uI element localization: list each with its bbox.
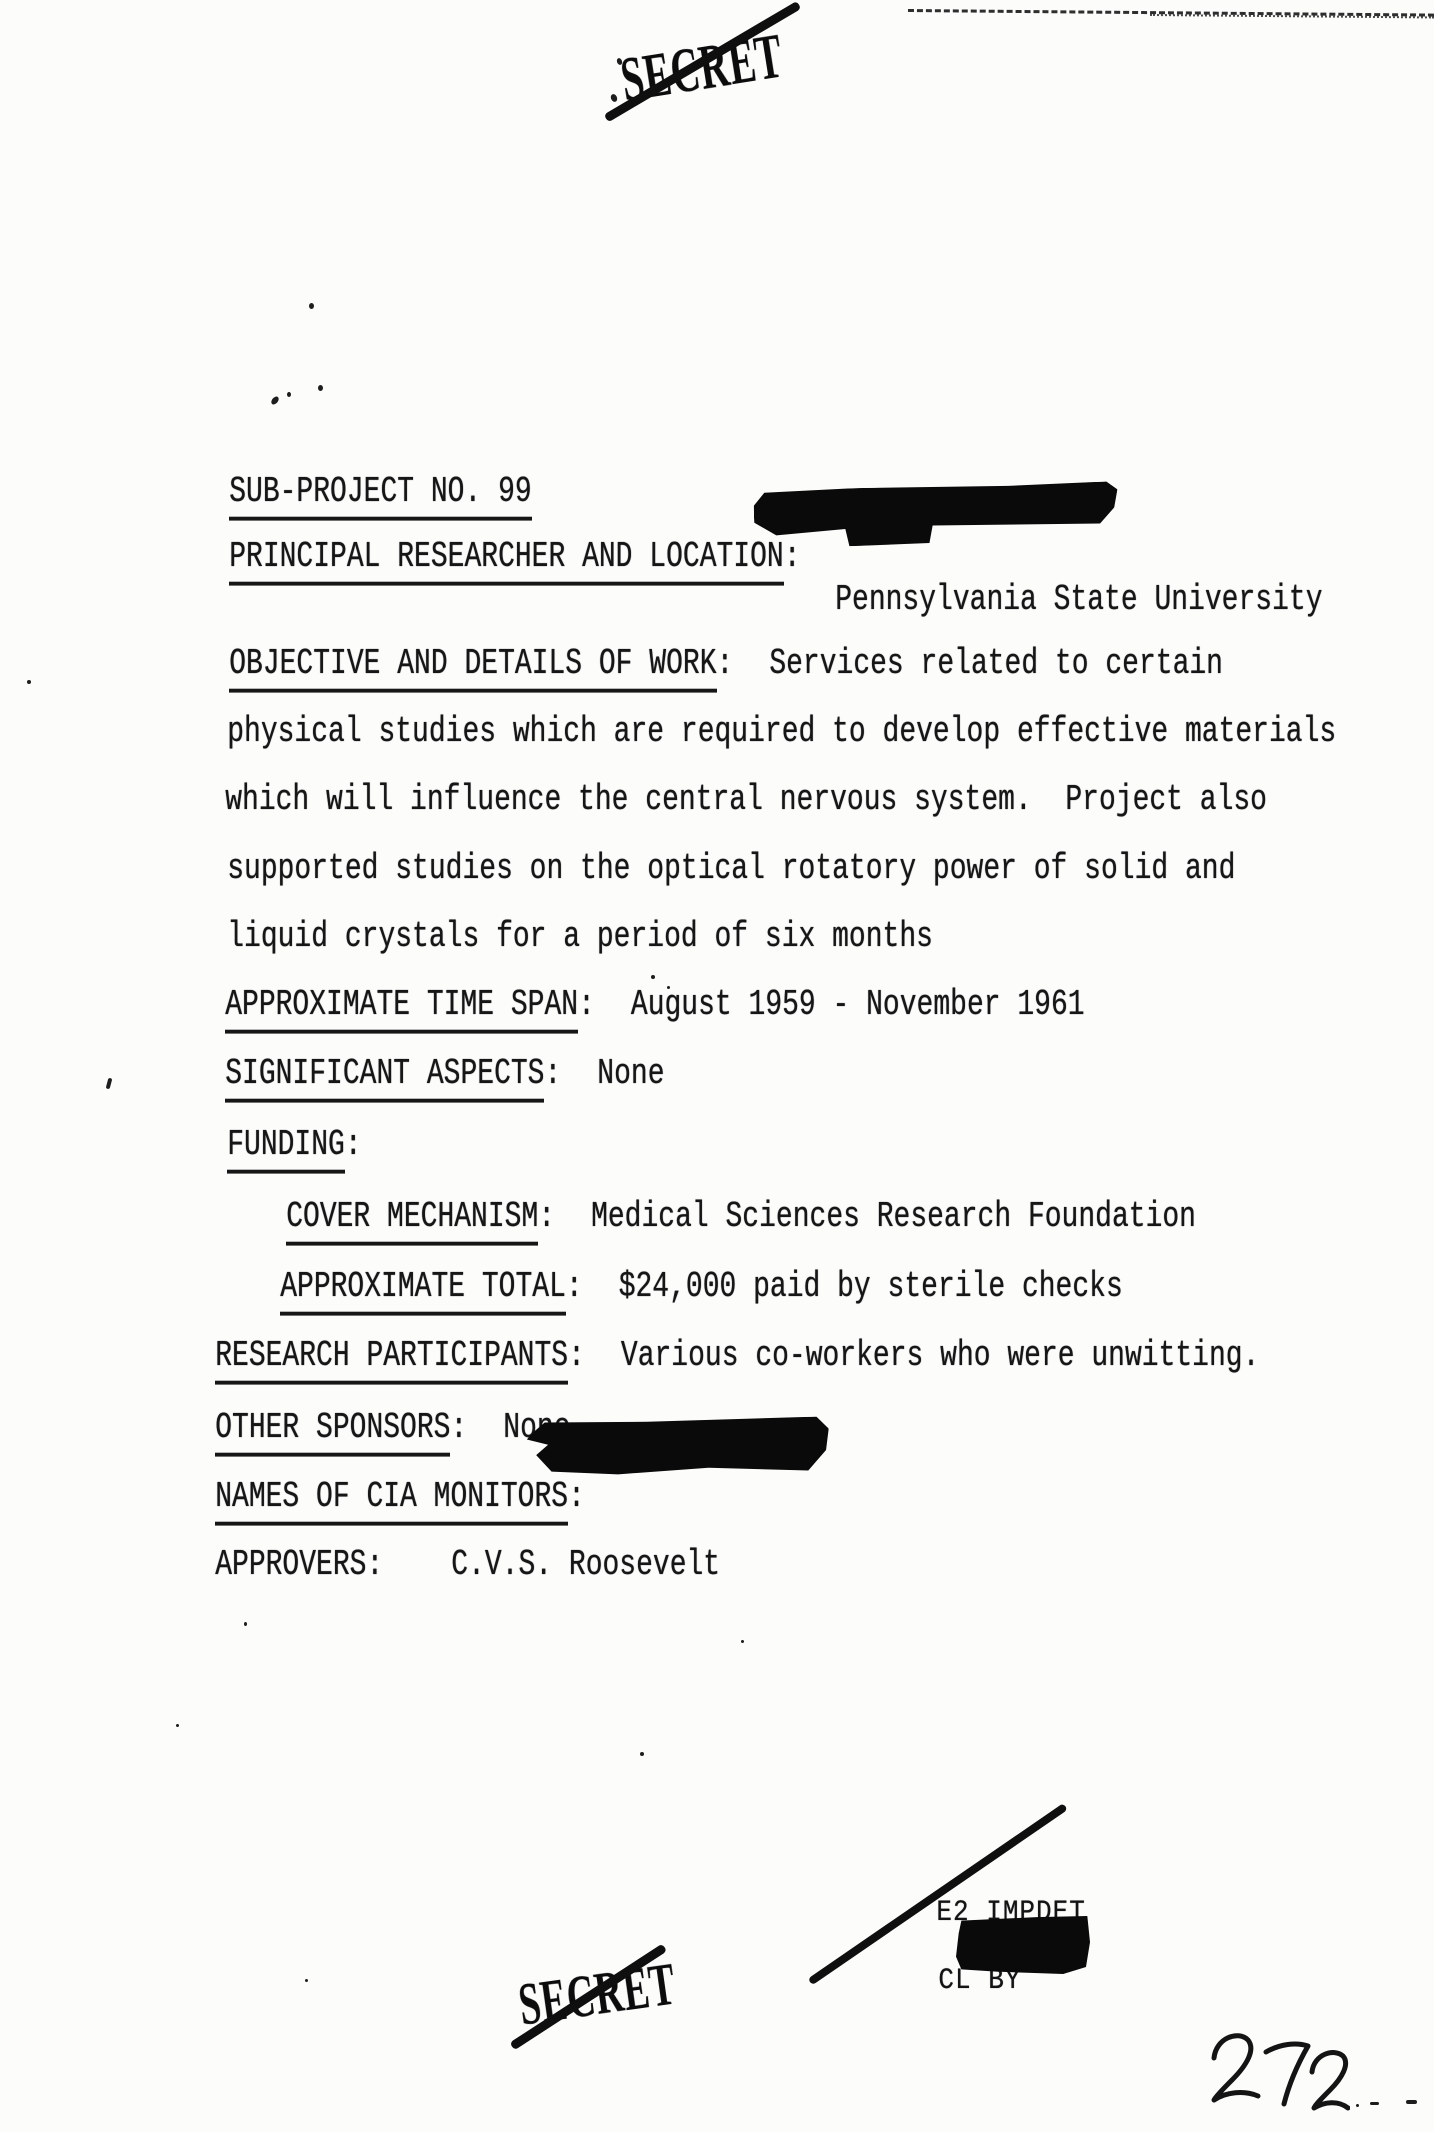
scan-speck	[270, 395, 280, 406]
colon: :	[568, 1337, 585, 1377]
scan-speck	[1406, 2100, 1417, 2104]
scan-speck	[318, 385, 323, 391]
approvers-label: APPROVERS	[215, 1546, 366, 1586]
scan-speck	[741, 1640, 744, 1643]
approvers-value: C.V.S. Roosevelt	[451, 1546, 720, 1586]
colon: :	[366, 1546, 383, 1586]
colon: :	[544, 1055, 561, 1095]
scan-speck	[610, 93, 619, 103]
scanned-document-page: SECRET SUB-PROJECT NO. 99 PRINCIPAL RESE…	[0, 0, 1434, 2132]
scan-speck	[244, 1622, 247, 1626]
scan-speck	[287, 392, 291, 397]
handwritten-page-number	[1200, 2022, 1350, 2117]
redaction-bar-cia-monitors	[527, 1416, 830, 1477]
principal-researcher-label: PRINCIPAL RESEARCHER AND LOCATION	[229, 538, 784, 586]
time-span-value: August 1959 - November 1961	[631, 986, 1085, 1026]
scan-speck	[1356, 2104, 1359, 2107]
scan-speck	[305, 1979, 308, 1982]
scan-speck	[651, 975, 655, 979]
scan-speck	[667, 986, 670, 989]
scan-speck	[106, 1078, 113, 1090]
scan-speck	[640, 1752, 644, 1756]
scan-speck	[1370, 2102, 1379, 2105]
scan-speck	[27, 680, 31, 684]
scan-speck	[176, 1724, 179, 1727]
secret-stamp-top: SECRET	[617, 8, 886, 112]
significant-aspects-value: None	[597, 1055, 664, 1095]
research-participants-value: Various co-workers who were unwitting.	[621, 1337, 1260, 1377]
scan-speck	[309, 303, 314, 309]
field-approvers: APPROVERS:C.V.S. Roosevelt	[148, 1500, 720, 1633]
redaction-box-cl-by	[956, 1916, 1090, 1974]
